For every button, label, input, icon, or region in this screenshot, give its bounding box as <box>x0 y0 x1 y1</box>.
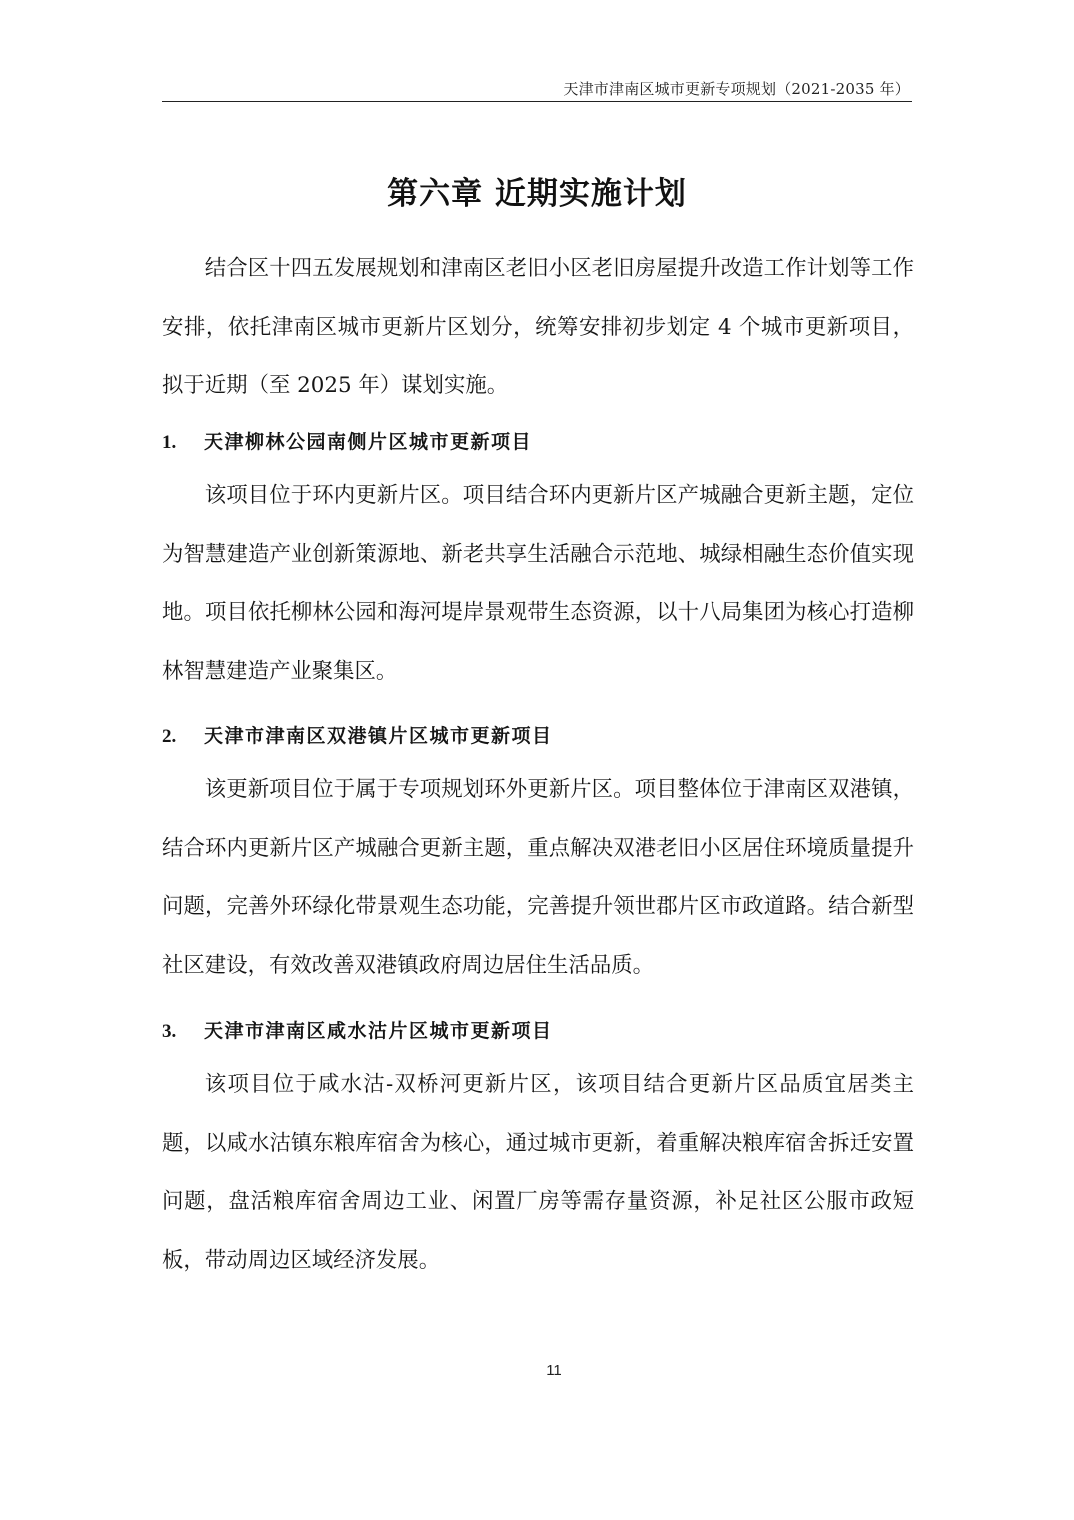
chapter-title: 第六章 近期实施计划 <box>0 168 1074 213</box>
section-number: 2. <box>162 726 204 748</box>
running-header: 天津市津南区城市更新专项规划（2021-2035 年） <box>162 78 910 99</box>
section-heading-3: 3.天津市津南区咸水沽片区城市更新项目 <box>162 1016 914 1043</box>
section-title: 天津市津南区双港镇片区城市更新项目 <box>204 725 553 747</box>
page-number: 11 <box>0 1362 1074 1379</box>
section-body-1: 该项目位于环内更新片区。项目结合环内更新片区产城融合更新主题，定位为智慧建造产业… <box>162 467 914 701</box>
section-heading-2: 2.天津市津南区双港镇片区城市更新项目 <box>162 721 914 748</box>
intro-paragraph: 结合区十四五发展规划和津南区老旧小区老旧房屋提升改造工作计划等工作安排，依托津南… <box>162 240 914 416</box>
section-number: 3. <box>162 1021 204 1043</box>
section-body-3: 该项目位于咸水沽-双桥河更新片区，该项目结合更新片区品质宜居类主题，以咸水沽镇东… <box>162 1056 914 1290</box>
section-heading-1: 1.天津柳林公园南侧片区城市更新项目 <box>162 427 914 454</box>
section-number: 1. <box>162 432 204 454</box>
section-title: 天津柳林公园南侧片区城市更新项目 <box>204 431 532 453</box>
section-body-2: 该更新项目位于属于专项规划环外更新片区。项目整体位于津南区双港镇，结合环内更新片… <box>162 761 914 995</box>
header-divider <box>162 101 912 102</box>
section-title: 天津市津南区咸水沽片区城市更新项目 <box>204 1020 553 1042</box>
